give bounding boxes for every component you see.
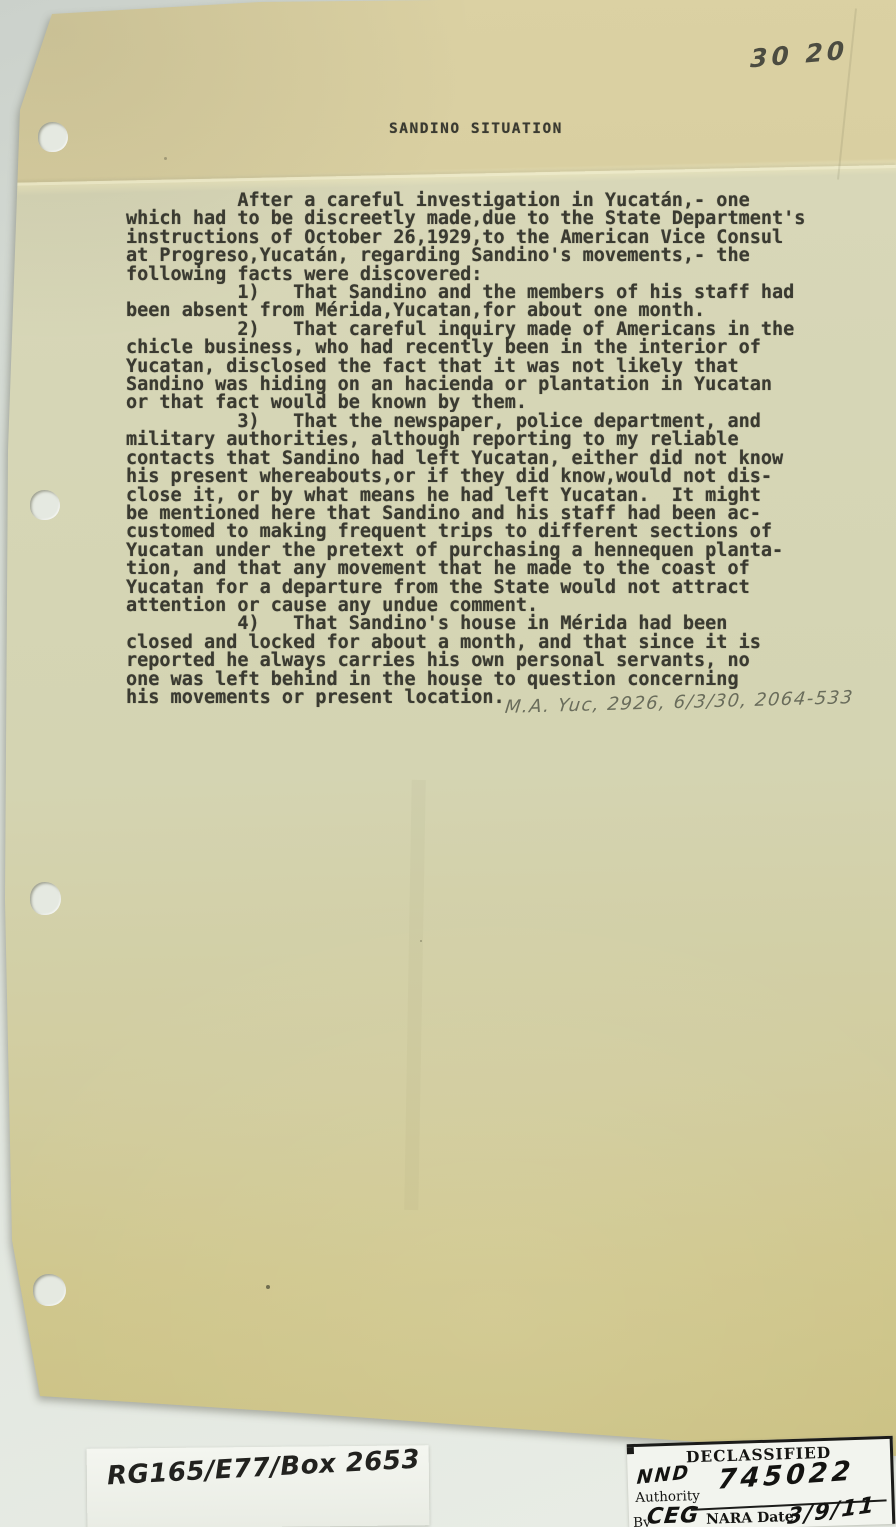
paper-shadow-wrap: 30 20 SANDINO SITUATION After a careful … bbox=[0, 0, 896, 1527]
archive-box-label: RG165/E77/Box 2653 bbox=[87, 1445, 430, 1527]
typed-body-text: After a careful investigation in Yucatán… bbox=[126, 192, 805, 707]
punch-hole-4 bbox=[33, 1274, 66, 1306]
stamp-by-handwriting: CEG bbox=[646, 1503, 701, 1527]
stamp-nara-date-label: NARA Date bbox=[706, 1509, 794, 1527]
paper-speck bbox=[420, 940, 422, 942]
declassified-stamp: DECLASSIFIED NND 745022 Authority By CEG… bbox=[627, 1436, 896, 1527]
paper-sheet: 30 20 SANDINO SITUATION After a careful … bbox=[0, 0, 896, 1527]
punch-hole-2 bbox=[30, 490, 60, 520]
paper-fold-line bbox=[0, 165, 896, 186]
punch-hole-3 bbox=[30, 882, 61, 915]
paper-speck bbox=[164, 157, 167, 160]
archive-box-label-text: RG165/E77/Box 2653 bbox=[106, 1444, 421, 1491]
document-title: SANDINO SITUATION bbox=[389, 121, 563, 137]
stamp-authority-prefix-handwriting: NND bbox=[636, 1461, 691, 1489]
photo-backdrop: 30 20 SANDINO SITUATION After a careful … bbox=[0, 0, 896, 1527]
page-number-annotation: 30 20 bbox=[750, 36, 848, 74]
punch-hole-1 bbox=[38, 122, 68, 152]
paper-stain bbox=[404, 780, 426, 1210]
paper-crease bbox=[837, 8, 857, 179]
paper-speck bbox=[266, 1285, 270, 1289]
stamp-date-handwriting: 3/9/11 bbox=[786, 1492, 876, 1527]
